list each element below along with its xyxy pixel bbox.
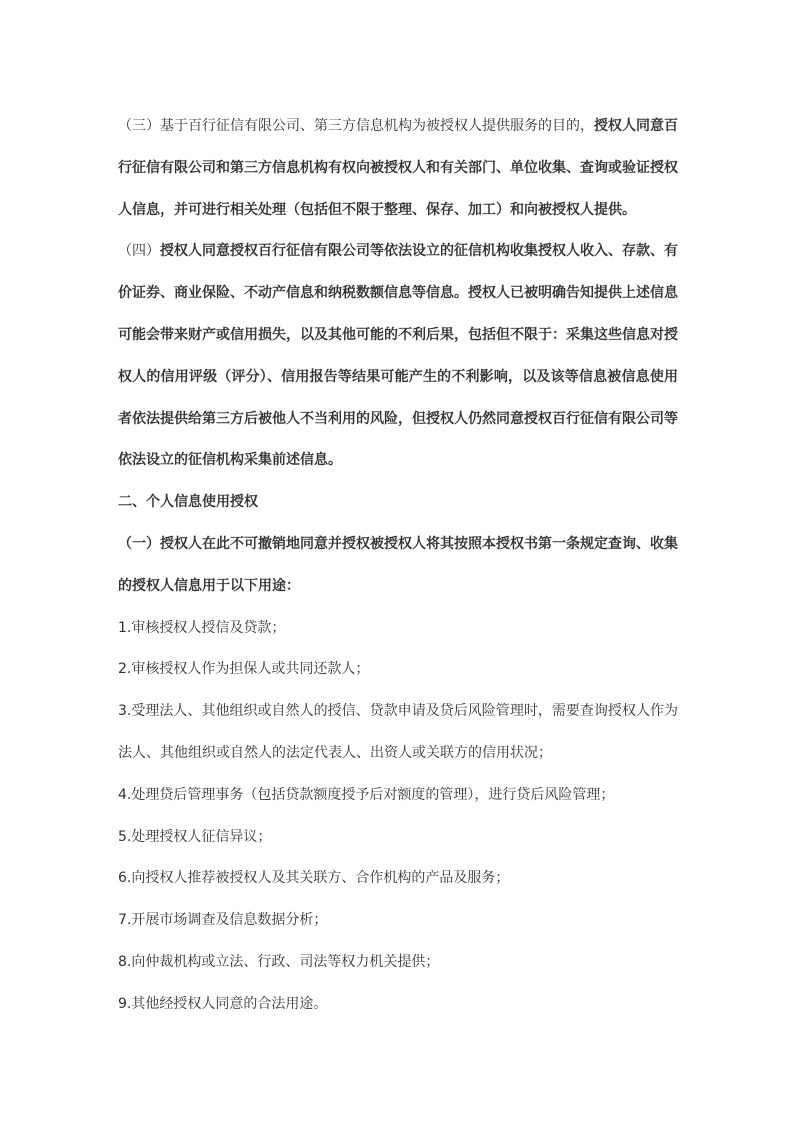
- document-page: （三）基于百行征信有限公司、第三方信息机构为被授权人提供服务的目的，授权人同意百…: [118, 106, 678, 1026]
- paragraph-text: （三）基于百行征信有限公司、第三方信息机构为被授权人提供服务的目的，: [118, 118, 594, 134]
- use-item-9: 9.其他经授权人同意的合法用途。: [118, 984, 678, 1026]
- use-item-5: 5.处理授权人征信异议；: [118, 817, 678, 859]
- section2-item1: （一）授权人在此不可撤销地同意并授权被授权人将其按照本授权书第一条规定查询、收集…: [118, 524, 678, 608]
- use-item-3: 3.受理法人、其他组织或自然人的授信、贷款申请及贷后风险管理时，需要查询授权人作…: [118, 691, 678, 775]
- paragraph-bold-text: 授权人同意授权百行征信有限公司等依法设立的征信机构收集授权人收入、存款、有价证券…: [118, 243, 678, 468]
- paragraph-section1-item4: （四）授权人同意授权百行征信有限公司等依法设立的征信机构收集授权人收入、存款、有…: [118, 231, 678, 482]
- section-heading: 二、个人信息使用授权: [118, 482, 678, 524]
- use-item-7: 7.开展市场调查及信息数据分析；: [118, 900, 678, 942]
- use-item-2: 2.审核授权人作为担保人或共同还款人；: [118, 649, 678, 691]
- paragraph-section1-item3: （三）基于百行征信有限公司、第三方信息机构为被授权人提供服务的目的，授权人同意百…: [118, 106, 678, 231]
- use-item-8: 8.向仲裁机构或立法、行政、司法等权力机关提供；: [118, 942, 678, 984]
- use-item-1: 1.审核授权人授信及贷款；: [118, 608, 678, 650]
- use-item-6: 6.向授权人推荐被授权人及其关联方、合作机构的产品及服务；: [118, 858, 678, 900]
- use-item-4: 4.处理贷后管理事务（包括贷款额度授予后对额度的管理），进行贷后风险管理；: [118, 775, 678, 817]
- paragraph-text: （四）: [118, 243, 160, 259]
